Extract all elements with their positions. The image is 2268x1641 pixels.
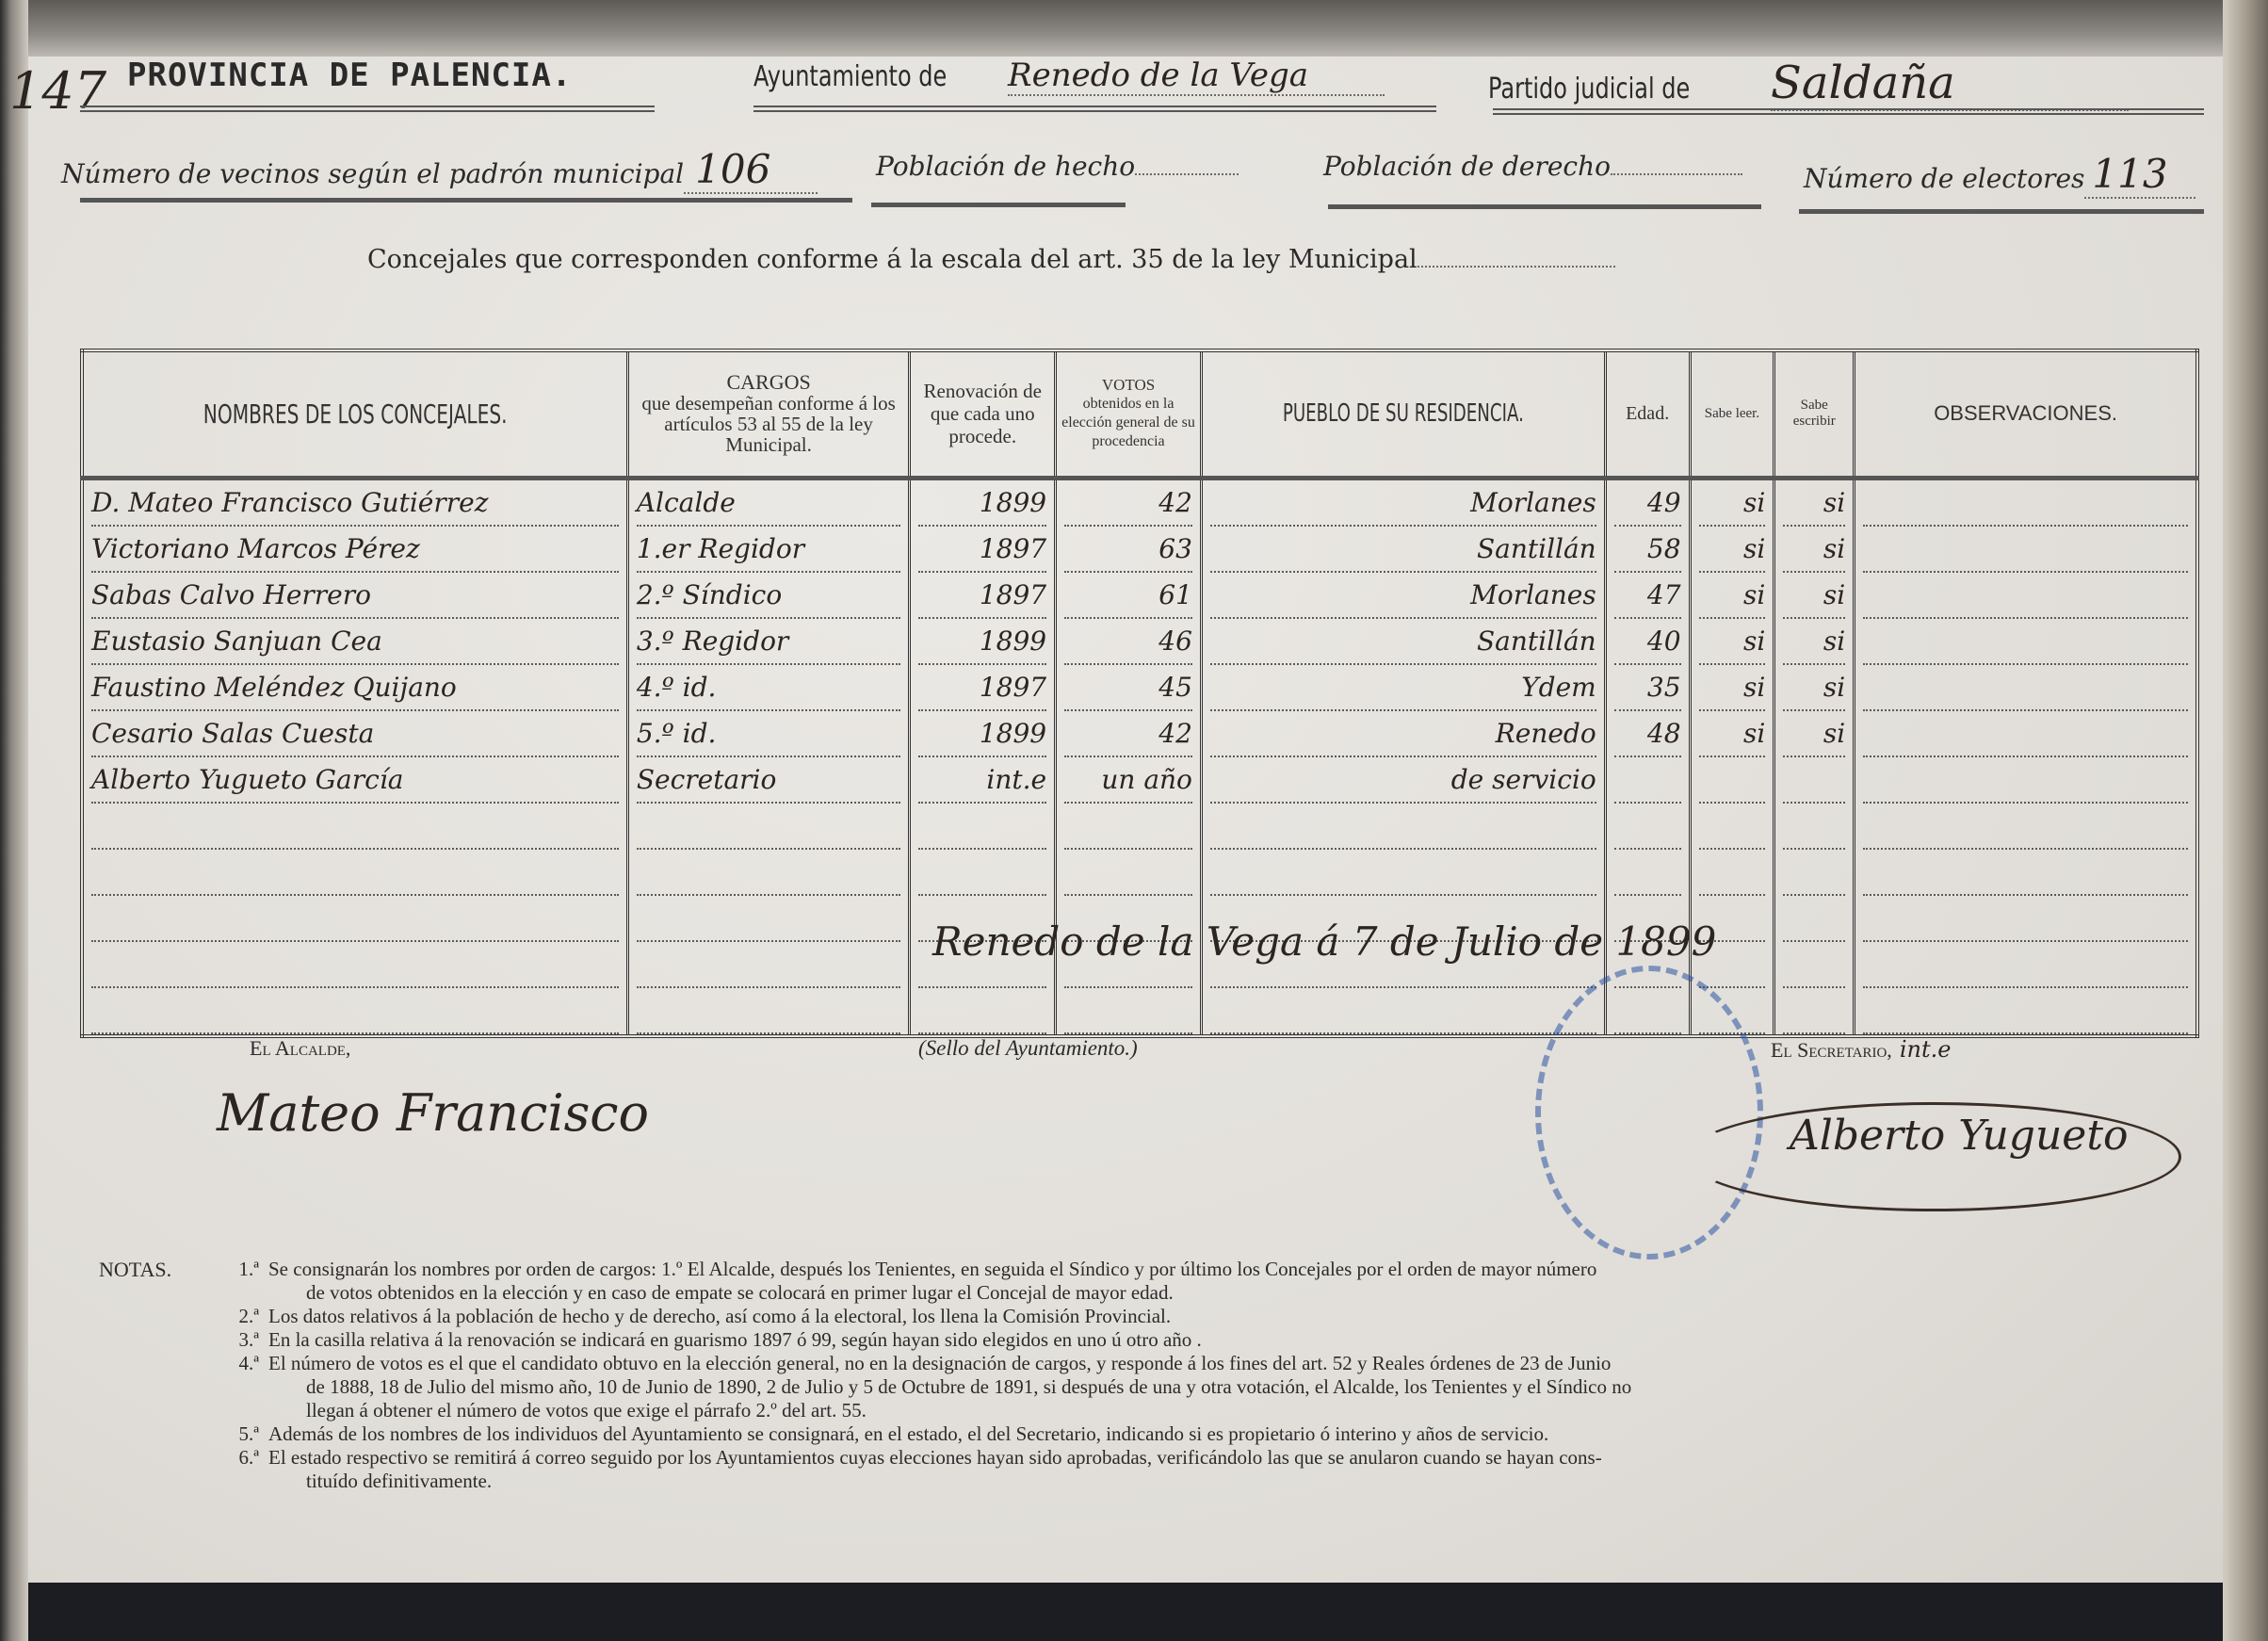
note-line: tituído definitivamente. <box>268 1470 1602 1493</box>
note-line: El estado respectivo se remitirá á corre… <box>268 1446 1602 1470</box>
nombre-cell <box>82 850 627 896</box>
note-text: El estado respectivo se remitirá á corre… <box>268 1446 1602 1493</box>
cell-value <box>1210 856 1596 896</box>
cell-value: Santillán <box>1210 533 1596 573</box>
nombre-cell <box>82 896 627 942</box>
edad-cell <box>1605 804 1690 850</box>
secretario-label-row: El Secretario, int.e <box>1771 1036 1951 1063</box>
observaciones-cell <box>1855 527 2197 573</box>
table-row: Faustino Meléndez Quijano4.º id.189745Yd… <box>82 665 2197 711</box>
cell-value <box>637 995 901 1034</box>
escribir-cell: si <box>1774 619 1855 665</box>
cell-value <box>1210 810 1596 850</box>
vecinos-label: Número de vecinos según el padrón munici… <box>61 158 684 189</box>
note-line: de votos obtenidos en la elección y en c… <box>268 1281 1596 1305</box>
edad-cell: 40 <box>1605 619 1690 665</box>
cell-value: 61 <box>1064 579 1192 619</box>
concejales-text: Concejales que corresponden conforme á l… <box>367 245 1417 274</box>
cell-value: si <box>1699 672 1766 711</box>
observaciones-cell <box>1855 850 2197 896</box>
secretario-note: int.e <box>1900 1036 1952 1063</box>
cell-value: Faustino Meléndez Quijano <box>91 672 619 711</box>
cargo-cell: 4.º id. <box>627 665 910 711</box>
cell-value: 1897 <box>918 533 1046 573</box>
vecinos-field: Número de vecinos según el padrón munici… <box>61 146 818 194</box>
cell-value: 48 <box>1614 718 1681 757</box>
cell-value: int.e <box>918 764 1046 804</box>
votos-cell: 63 <box>1056 527 1202 573</box>
cell-value: 63 <box>1064 533 1192 573</box>
observaciones-cell <box>1855 665 2197 711</box>
table-row: Alberto Yugueto GarcíaSecretarioint.eun … <box>82 757 2197 804</box>
book-binding <box>0 0 28 1641</box>
col-nombres: NOMBRES DE LOS CONCEJALES. <box>82 350 627 478</box>
cell-value: Santillán <box>1210 626 1596 665</box>
cargo-cell <box>627 804 910 850</box>
note-item: 4.ªEl número de votos es el que el candi… <box>188 1352 2218 1422</box>
derecho-label: Población de derecho <box>1323 151 1611 182</box>
cell-value <box>1863 949 2188 988</box>
col-renovacion: Renovación de que cada uno procede. <box>910 350 1056 478</box>
edad-cell: 58 <box>1605 527 1690 573</box>
cell-value: 1.er Regidor <box>637 533 901 573</box>
votos-cell: 45 <box>1056 665 1202 711</box>
cell-value: Alberto Yugueto García <box>91 764 619 804</box>
cell-value <box>1863 672 2188 711</box>
cargo-cell: 5.º id. <box>627 711 910 757</box>
cell-value <box>1863 718 2188 757</box>
edad-cell <box>1605 850 1690 896</box>
nombre-cell: D. Mateo Francisco Gutiérrez <box>82 478 627 527</box>
cell-value: 1897 <box>918 672 1046 711</box>
cell-value <box>1783 949 1845 988</box>
hecho-field: Población de hecho <box>876 151 1239 182</box>
cell-value <box>1863 902 2188 942</box>
cell-value: 2.º Síndico <box>637 579 901 619</box>
cell-value <box>1210 995 1596 1034</box>
cargo-cell: Alcalde <box>627 478 910 527</box>
leer-cell <box>1690 757 1774 804</box>
note-number: 1.ª <box>188 1258 268 1305</box>
cell-value: Alcalde <box>637 487 901 527</box>
nombre-cell <box>82 942 627 988</box>
cell-value <box>91 856 619 896</box>
cell-value <box>1783 810 1845 850</box>
cell-value <box>1863 995 2188 1034</box>
cell-value <box>1699 856 1766 896</box>
edad-cell: 35 <box>1605 665 1690 711</box>
cell-value <box>1863 487 2188 527</box>
cell-value: Morlanes <box>1210 487 1596 527</box>
partido-label: Partido judicial de <box>1488 73 1714 106</box>
cell-value <box>1064 856 1192 896</box>
renovacion-cell <box>910 850 1056 896</box>
table-row: Eustasio Sanjuan Cea3.º Regidor189946San… <box>82 619 2197 665</box>
cell-value <box>1783 856 1845 896</box>
col-cargos: CARGOSque desempeñan conforme á los artí… <box>627 350 910 478</box>
document-page: 147 PROVINCIA DE PALENCIA. Ayuntamiento … <box>28 57 2223 1583</box>
cell-value: 35 <box>1614 672 1681 711</box>
observaciones-cell <box>1855 619 2197 665</box>
escribir-cell: si <box>1774 573 1855 619</box>
cell-value <box>1863 533 2188 573</box>
table-row: Sabas Calvo Herrero2.º Síndico189761Morl… <box>82 573 2197 619</box>
page-top-edge <box>28 0 2268 57</box>
note-item: 2.ªLos datos relativos á la población de… <box>188 1305 2218 1328</box>
leer-cell: si <box>1690 478 1774 527</box>
concejales-blank <box>1417 266 1615 268</box>
pueblo-cell <box>1201 988 1605 1036</box>
cell-value <box>1064 810 1192 850</box>
renovacion-cell <box>910 988 1056 1036</box>
cell-value <box>91 810 619 850</box>
col-edad: Edad. <box>1605 350 1690 478</box>
nombre-cell: Sabas Calvo Herrero <box>82 573 627 619</box>
escribir-cell: si <box>1774 527 1855 573</box>
cell-value: Ydem <box>1210 672 1596 711</box>
renovacion-cell: 1897 <box>910 665 1056 711</box>
renovacion-cell: int.e <box>910 757 1056 804</box>
note-number: 5.ª <box>188 1422 268 1446</box>
escribir-cell: si <box>1774 711 1855 757</box>
nombre-cell: Cesario Salas Cuesta <box>82 711 627 757</box>
cell-value <box>918 856 1046 896</box>
cell-value: de servicio <box>1210 764 1596 804</box>
edad-cell <box>1605 757 1690 804</box>
cell-value <box>1783 764 1845 804</box>
renovacion-cell: 1899 <box>910 619 1056 665</box>
concejales-line: Concejales que corresponden conforme á l… <box>367 245 1615 274</box>
observaciones-cell <box>1855 804 2197 850</box>
cell-value <box>637 810 901 850</box>
cargo-cell: 2.º Síndico <box>627 573 910 619</box>
cargo-cell <box>627 942 910 988</box>
cell-value: 40 <box>1614 626 1681 665</box>
observaciones-cell <box>1855 573 2197 619</box>
leer-cell <box>1690 804 1774 850</box>
renovacion-cell: 1899 <box>910 478 1056 527</box>
leer-cell: si <box>1690 711 1774 757</box>
cell-value: 49 <box>1614 487 1681 527</box>
note-line: Los datos relativos á la población de he… <box>268 1305 1171 1328</box>
renovacion-cell: 1899 <box>910 711 1056 757</box>
observaciones-cell <box>1855 942 2197 988</box>
cell-value: si <box>1699 579 1766 619</box>
ayuntamiento-label: Ayuntamiento de <box>753 60 957 93</box>
notes-section: NOTAS. 1.ªSe consignarán los nombres por… <box>99 1258 2218 1493</box>
cell-value: si <box>1783 626 1845 665</box>
renovacion-cell <box>910 804 1056 850</box>
votos-cell: 42 <box>1056 478 1202 527</box>
secretario-flourish <box>1686 1102 2181 1211</box>
note-item: 5.ªAdemás de los nombres de los individu… <box>188 1422 2218 1446</box>
derecho-value <box>1611 173 1742 175</box>
cell-value <box>1863 810 2188 850</box>
table-row: D. Mateo Francisco GutiérrezAlcalde18994… <box>82 478 2197 527</box>
cell-value <box>637 856 901 896</box>
cell-value: 1899 <box>918 718 1046 757</box>
electores-label: Número de electores <box>1804 163 2084 194</box>
cell-value <box>1614 810 1681 850</box>
pueblo-cell: de servicio <box>1201 757 1605 804</box>
provincia-title: PROVINCIA DE PALENCIA. <box>127 57 572 94</box>
edad-cell: 49 <box>1605 478 1690 527</box>
cell-value: 42 <box>1064 718 1192 757</box>
cell-value: Morlanes <box>1210 579 1596 619</box>
table-row: Cesario Salas Cuesta5.º id.189942Renedo4… <box>82 711 2197 757</box>
note-number: 3.ª <box>188 1328 268 1352</box>
observaciones-cell <box>1855 988 2197 1036</box>
votos-cell: un año <box>1056 757 1202 804</box>
cell-value: si <box>1783 718 1845 757</box>
header-ayuntamiento: Ayuntamiento de Renedo de la Vega <box>753 57 1385 96</box>
pueblo-cell <box>1201 804 1605 850</box>
cargo-cell: 3.º Regidor <box>627 619 910 665</box>
note-item: 6.ªEl estado respectivo se remitirá á co… <box>188 1446 2218 1493</box>
cell-value: 3.º Regidor <box>637 626 901 665</box>
edad-cell: 47 <box>1605 573 1690 619</box>
pueblo-cell: Morlanes <box>1201 478 1605 527</box>
observaciones-cell <box>1855 478 2197 527</box>
cell-value: 58 <box>1614 533 1681 573</box>
nombre-cell: Alberto Yugueto García <box>82 757 627 804</box>
cell-value: si <box>1699 487 1766 527</box>
renovacion-cell: 1897 <box>910 527 1056 573</box>
col-leer: Sabe leer. <box>1690 350 1774 478</box>
votos-cell: 42 <box>1056 711 1202 757</box>
votos-cell: 46 <box>1056 619 1202 665</box>
cell-value <box>91 995 619 1034</box>
book-right-edge <box>2223 0 2268 1641</box>
cell-value <box>1783 995 1845 1034</box>
cell-value: si <box>1699 533 1766 573</box>
cell-value: si <box>1783 672 1845 711</box>
nombre-cell: Faustino Meléndez Quijano <box>82 665 627 711</box>
escribir-cell: si <box>1774 665 1855 711</box>
cell-value: D. Mateo Francisco Gutiérrez <box>91 487 619 527</box>
note-line: En la casilla relativa á la renovación s… <box>268 1328 1202 1352</box>
pueblo-cell: Morlanes <box>1201 573 1605 619</box>
cargo-cell: 1.er Regidor <box>627 527 910 573</box>
cell-value <box>1863 579 2188 619</box>
table-row <box>82 850 2197 896</box>
observaciones-cell <box>1855 896 2197 942</box>
leer-cell: si <box>1690 665 1774 711</box>
escribir-cell <box>1774 942 1855 988</box>
pueblo-cell: Ydem <box>1201 665 1605 711</box>
leer-cell: si <box>1690 619 1774 665</box>
cell-value <box>1614 764 1681 804</box>
partido-value: Saldaña <box>1771 57 2129 111</box>
note-line: Además de los nombres de los individuos … <box>268 1422 1548 1446</box>
col-votos: VOTOSobtenidos en la elección general de… <box>1056 350 1202 478</box>
cell-value: Cesario Salas Cuesta <box>91 718 619 757</box>
cell-value <box>637 949 901 988</box>
votos-cell <box>1056 988 1202 1036</box>
cell-value: Secretario <box>637 764 901 804</box>
cell-value: 45 <box>1064 672 1192 711</box>
col-pueblo: PUEBLO DE SU RESIDENCIA. <box>1201 350 1605 478</box>
cell-value: un año <box>1064 764 1192 804</box>
cell-value <box>1863 764 2188 804</box>
pueblo-cell: Santillán <box>1201 527 1605 573</box>
renovacion-cell: 1897 <box>910 573 1056 619</box>
nombre-cell: Eustasio Sanjuan Cea <box>82 619 627 665</box>
table-row: Victoriano Marcos Pérez1.er Regidor18976… <box>82 527 2197 573</box>
secretario-label: El Secretario, <box>1771 1038 1892 1063</box>
notes-label: NOTAS. <box>99 1258 171 1281</box>
votos-cell <box>1056 804 1202 850</box>
note-text: Los datos relativos á la población de he… <box>268 1305 1171 1328</box>
sello-label: (Sello del Ayuntamiento.) <box>918 1036 1138 1061</box>
note-item: 1.ªSe consignarán los nombres por orden … <box>188 1258 2218 1305</box>
cell-value: 47 <box>1614 579 1681 619</box>
escribir-cell <box>1774 804 1855 850</box>
note-line: El número de votos es el que el candidat… <box>268 1352 1631 1375</box>
derecho-field: Población de derecho <box>1323 151 1742 182</box>
cell-value: si <box>1699 718 1766 757</box>
observaciones-cell <box>1855 711 2197 757</box>
cell-value <box>1614 856 1681 896</box>
note-item: 3.ªEn la casilla relativa á la renovació… <box>188 1328 2218 1352</box>
observaciones-cell <box>1855 757 2197 804</box>
cell-value <box>1863 856 2188 896</box>
cell-value: 1899 <box>918 626 1046 665</box>
leer-cell: si <box>1690 573 1774 619</box>
escribir-cell <box>1774 988 1855 1036</box>
cell-value: si <box>1699 626 1766 665</box>
cell-value <box>1699 810 1766 850</box>
note-number: 6.ª <box>188 1446 268 1493</box>
leer-cell <box>1690 850 1774 896</box>
votos-cell: 61 <box>1056 573 1202 619</box>
electores-field: Número de electores 113 <box>1804 151 2195 199</box>
nombre-cell <box>82 804 627 850</box>
votos-cell <box>1056 850 1202 896</box>
note-number: 2.ª <box>188 1305 268 1328</box>
edad-cell: 48 <box>1605 711 1690 757</box>
cell-value: Victoriano Marcos Pérez <box>91 533 619 573</box>
pueblo-cell <box>1201 850 1605 896</box>
note-text: Se consignarán los nombres por orden de … <box>268 1258 1596 1305</box>
header-partido: Partido judicial de Saldaña <box>1488 57 2129 111</box>
nombre-cell: Victoriano Marcos Pérez <box>82 527 627 573</box>
cell-value <box>91 949 619 988</box>
cell-value: si <box>1783 579 1845 619</box>
cell-value: 5.º id. <box>637 718 901 757</box>
pueblo-cell: Santillán <box>1201 619 1605 665</box>
cell-value <box>637 902 901 942</box>
cell-value: Renedo <box>1210 718 1596 757</box>
vecinos-value: 106 <box>684 146 818 194</box>
cargo-cell: Secretario <box>627 757 910 804</box>
note-number: 4.ª <box>188 1352 268 1422</box>
electores-value: 113 <box>2084 151 2195 199</box>
cell-value: Eustasio Sanjuan Cea <box>91 626 619 665</box>
table-row <box>82 804 2197 850</box>
cargo-cell <box>627 988 910 1036</box>
cell-value: si <box>1783 487 1845 527</box>
cell-value: si <box>1783 533 1845 573</box>
cell-value: Sabas Calvo Herrero <box>91 579 619 619</box>
pueblo-cell: Renedo <box>1201 711 1605 757</box>
cargo-cell <box>627 896 910 942</box>
ayuntamiento-seal-stamp <box>1535 966 1763 1259</box>
note-line: de 1888, 18 de Julio del mismo año, 10 d… <box>268 1375 1631 1399</box>
cell-value: 4.º id. <box>637 672 901 711</box>
cell-value <box>918 995 1046 1034</box>
cell-value: 46 <box>1064 626 1192 665</box>
place-date: Renedo de la Vega á 7 de Julio de 1899 <box>932 918 1716 965</box>
alcalde-signature: Mateo Francisco <box>217 1083 649 1143</box>
cell-value: 42 <box>1064 487 1192 527</box>
escribir-cell <box>1774 850 1855 896</box>
header-provincia: PROVINCIA DE PALENCIA. <box>127 57 572 94</box>
cargo-cell <box>627 850 910 896</box>
col-escribir: Sabe escribir <box>1774 350 1855 478</box>
escribir-cell <box>1774 757 1855 804</box>
note-line: llegan á obtener el número de votos que … <box>268 1399 1631 1422</box>
col-observaciones: OBSERVACIONES. <box>1855 350 2197 478</box>
cell-value <box>1064 995 1192 1034</box>
cell-value: 1897 <box>918 579 1046 619</box>
cell-value: 1899 <box>918 487 1046 527</box>
cell-value <box>1783 902 1845 942</box>
note-text: En la casilla relativa á la renovación s… <box>268 1328 1202 1352</box>
escribir-cell <box>1774 896 1855 942</box>
hecho-value <box>1135 173 1239 175</box>
ayuntamiento-value: Renedo de la Vega <box>1008 57 1385 96</box>
alcalde-label: El Alcalde, <box>250 1036 350 1061</box>
note-text: El número de votos es el que el candidat… <box>268 1352 1631 1422</box>
table-row <box>82 988 2197 1036</box>
hecho-label: Población de hecho <box>876 151 1135 182</box>
note-text: Además de los nombres de los individuos … <box>268 1422 1548 1446</box>
cell-value <box>1699 764 1766 804</box>
note-line: Se consignarán los nombres por orden de … <box>268 1258 1596 1281</box>
cell-value <box>1863 626 2188 665</box>
cell-value <box>918 810 1046 850</box>
leer-cell: si <box>1690 527 1774 573</box>
nombre-cell <box>82 988 627 1036</box>
escribir-cell: si <box>1774 478 1855 527</box>
table-header-row: NOMBRES DE LOS CONCEJALES. CARGOSque des… <box>82 350 2197 478</box>
cell-value <box>91 902 619 942</box>
